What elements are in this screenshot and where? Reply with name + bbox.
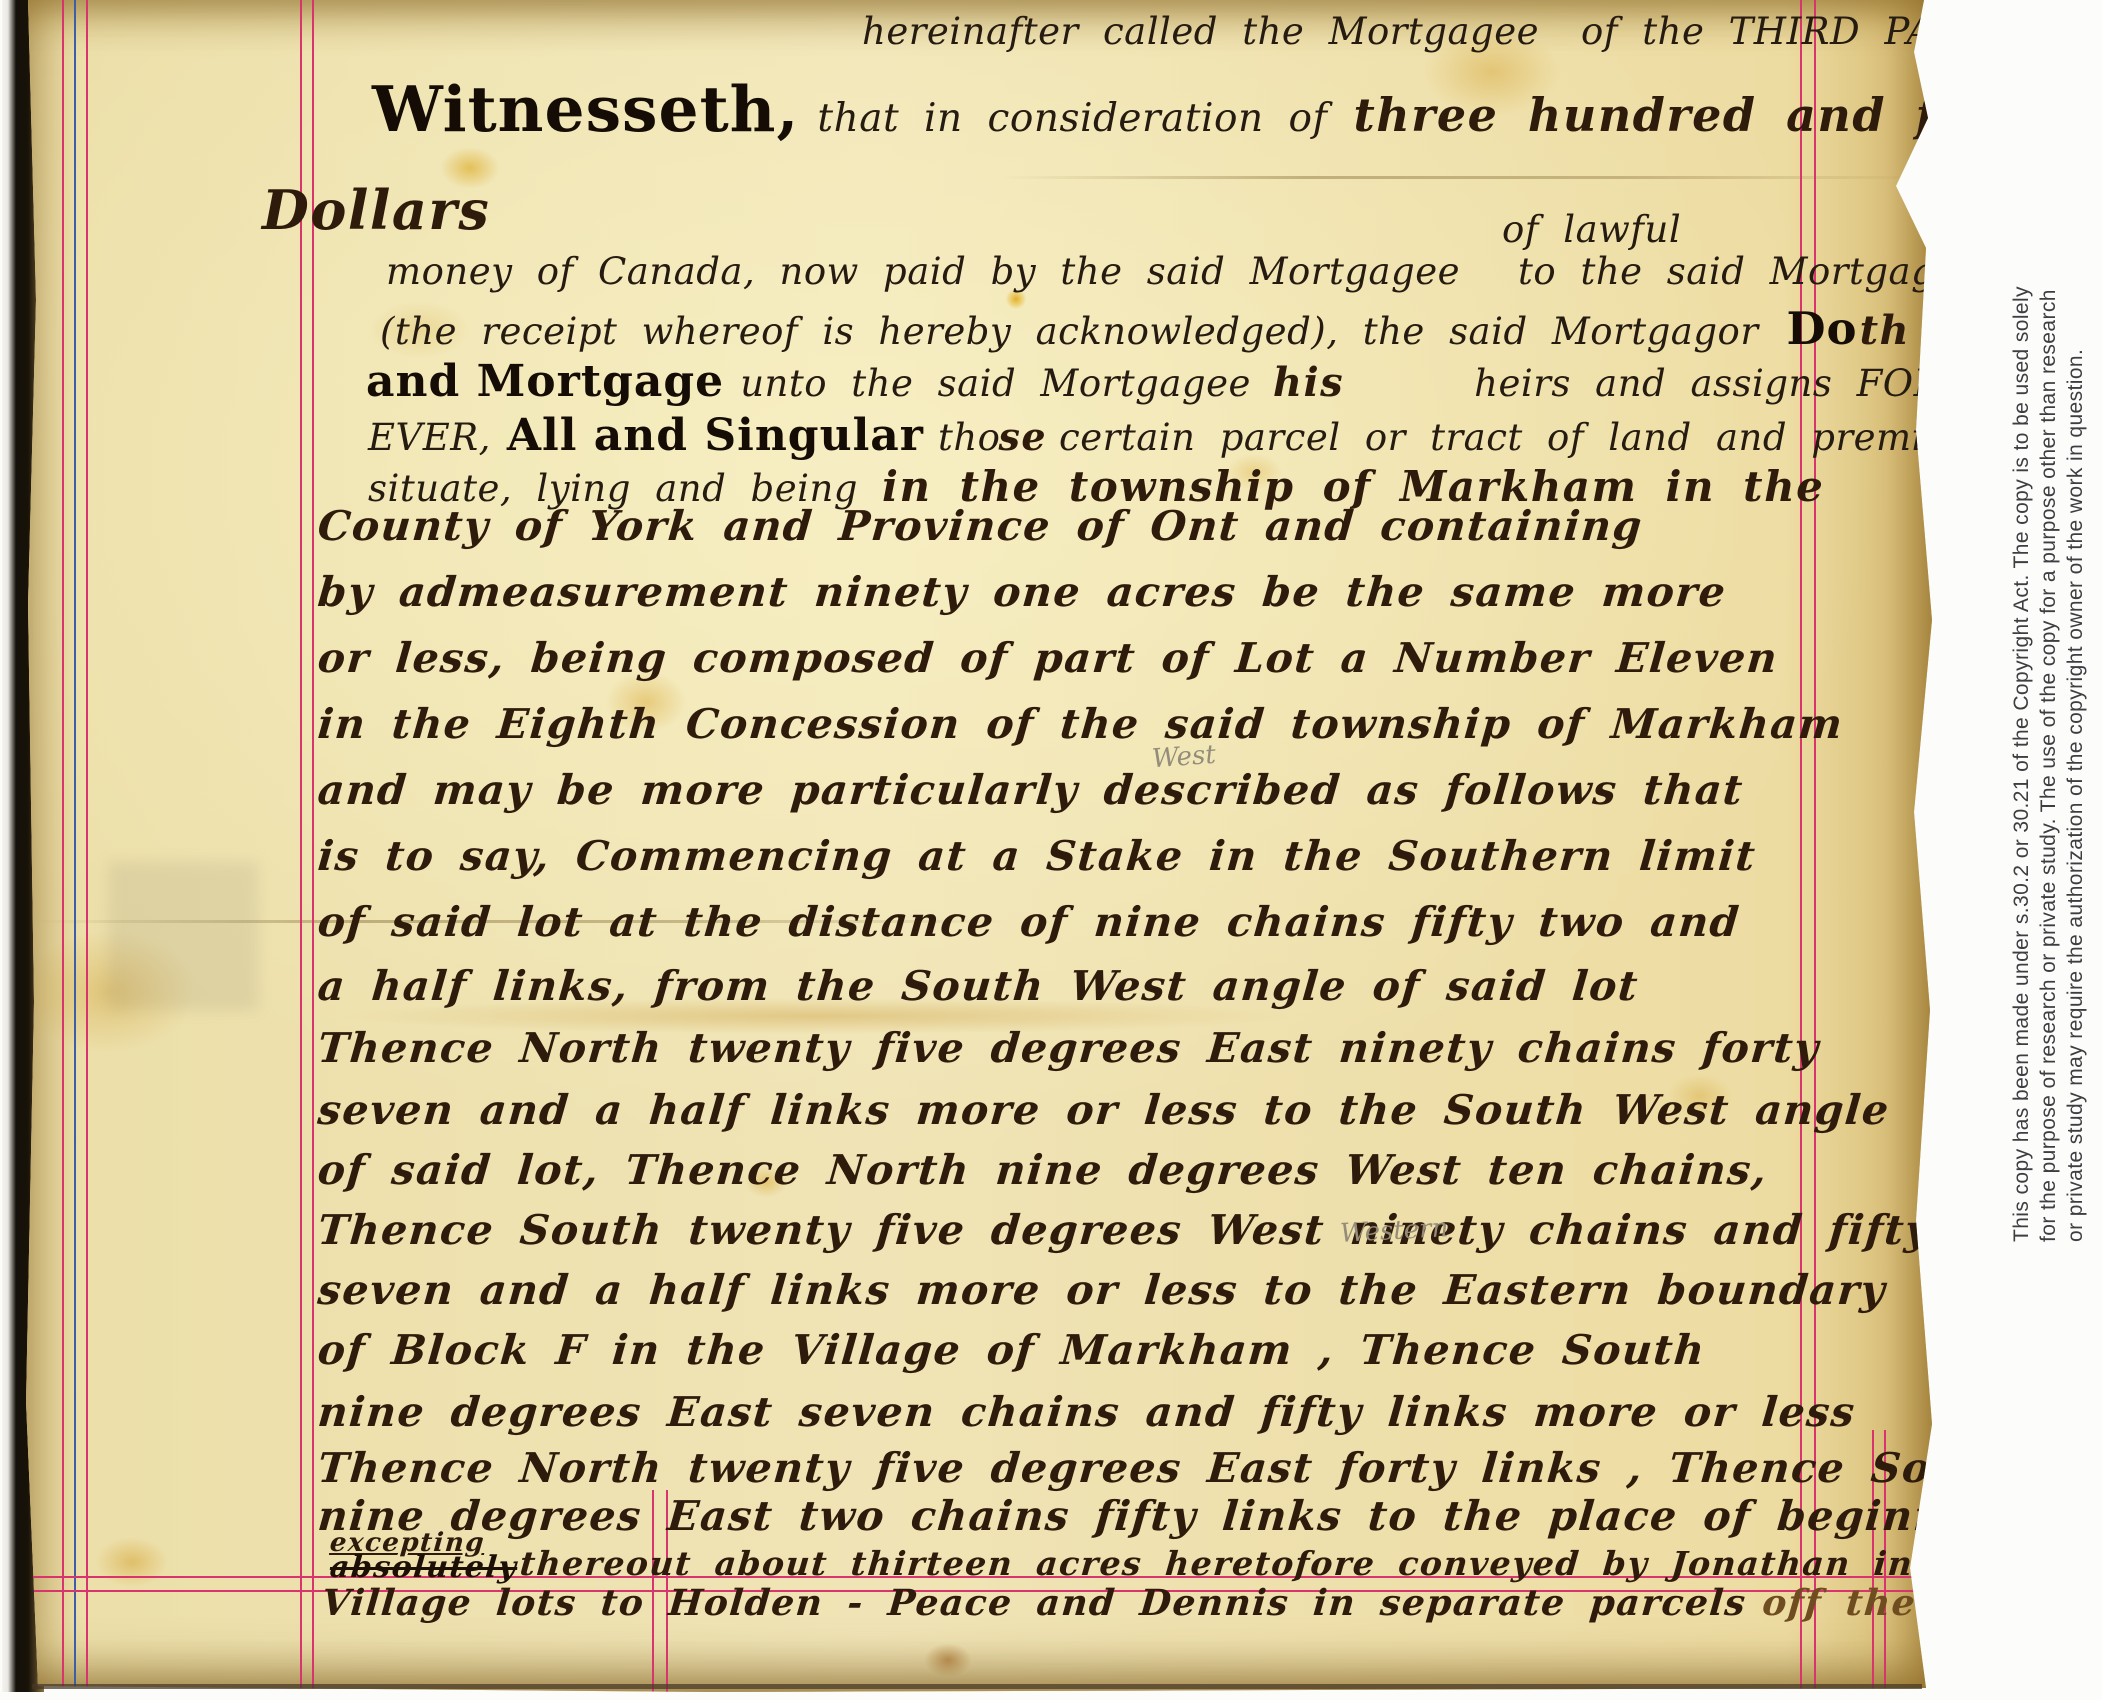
heirs-text: heirs and assigns FOR <box>1474 362 1942 405</box>
ink-offset-smudge <box>108 862 258 1010</box>
all-singular-word: All and Singular <box>507 410 924 461</box>
se-handwritten: se <box>998 414 1047 459</box>
handwritten-line: by admeasurement ninety one acres be the… <box>316 568 1729 616</box>
receipt-line: (the receipt whereof is hereby acknowled… <box>380 302 2072 355</box>
doth-handwritten: th <box>1860 307 1911 354</box>
margin-line-left-blue <box>74 0 76 1692</box>
header-text-right: of the THIRD PART: <box>1581 10 1998 53</box>
copyright-stamp-line-3: or private study may require the authori… <box>2062 37 2089 1242</box>
money-text-right: to the said Mortgagor <box>1518 250 1976 293</box>
exception-text: thereout about thirteen acres heretofore… <box>518 1544 1915 1583</box>
margin-line-main-2 <box>312 0 314 1692</box>
consideration-text: that in consideration of <box>817 96 1327 141</box>
dollars-line: Dollars <box>262 178 490 242</box>
fold-crease-upper <box>1000 176 1930 179</box>
handwritten-line: in the Eighth Concession of the said tow… <box>316 700 1846 748</box>
tho-text: tho <box>938 416 1000 459</box>
money-line: money of Canada, now paid by the said Mo… <box>386 250 1976 293</box>
pencil-annotation-western: Western <box>1339 1213 1449 1249</box>
margin-line-main-1 <box>300 0 302 1692</box>
handwritten-line: nine degrees East seven chains and fifty… <box>316 1388 1858 1436</box>
copyright-stamp: This copy has been made under s.30.2 or … <box>2008 37 2092 1242</box>
unto-text: unto the said Mortgagee <box>740 362 1251 405</box>
certain-text: certain parcel or tract of land and prem… <box>1059 416 1985 459</box>
handwritten-line: nine degrees East two chains fifty links… <box>316 1492 2026 1540</box>
handwritten-line: seven and a half links more or less to t… <box>316 1266 1888 1314</box>
handwritten-amount: three hundred and fifty <box>1353 88 2028 142</box>
his-handwritten: his <box>1273 359 1344 406</box>
handwritten-line: Thence North twenty five degrees East fo… <box>316 1444 2016 1492</box>
do-word: Do <box>1787 302 1858 355</box>
exception-struck-word: absolutely <box>328 1550 518 1585</box>
pencil-annotation-west: West <box>1151 740 1217 774</box>
paper-bottom-edge <box>32 1684 1922 1689</box>
and-mortgage-word: and Mortgage <box>366 356 724 407</box>
village-lots-dark: Village lots to Holden - Peace and Denni… <box>320 1582 1748 1624</box>
ever-line: EVER,All and Singularthosecertain parcel… <box>368 410 1985 461</box>
handwritten-line: of said lot, Thence North nine degrees W… <box>316 1146 1770 1194</box>
mortgage-line: and Mortgageunto the said Mortgageehishe… <box>366 356 1942 407</box>
witnesseth-heading: Witnesseth, <box>372 72 799 146</box>
handwritten-line: of said lot at the distance of nine chai… <box>316 898 1742 946</box>
printed-header-line: hereinafter called the Mortgageeof the T… <box>862 10 1998 53</box>
copyright-stamp-line-1: This copy has been made under s.30.2 or … <box>2008 37 2035 1242</box>
of-lawful-text: of lawful <box>1502 208 1681 251</box>
receipt-text: (the receipt whereof is hereby acknowled… <box>380 310 1759 353</box>
handwritten-dollars: Dollars <box>262 178 490 242</box>
document-paper: hereinafter called the Mortgageeof the T… <box>0 0 1940 1692</box>
handwritten-line: and may be more particularly described a… <box>316 766 1746 814</box>
header-text-left: hereinafter called the Mortgagee <box>862 10 1539 53</box>
handwritten-line: Thence South twenty five degrees West ni… <box>316 1206 1933 1254</box>
scan-background: hereinafter called the Mortgageeof the T… <box>0 0 2102 1700</box>
witnesseth-line: Witnesseth,that in consideration ofthree… <box>372 72 2028 146</box>
lawful-line: of lawful <box>1502 208 1681 251</box>
margin-line-left-pink-2 <box>86 0 88 1692</box>
ever-text: EVER, <box>368 416 491 459</box>
handwritten-line: or less, being composed of part of Lot a… <box>316 634 1780 682</box>
handwritten-line: of Block F in the Village of Markham , T… <box>316 1326 1708 1374</box>
handwritten-line: Thence North twenty five degrees East ni… <box>316 1024 1822 1072</box>
money-text-left: money of Canada, now paid by the said Mo… <box>386 250 1460 293</box>
handwritten-line: a half links, from the South West angle … <box>316 962 1641 1010</box>
handwritten-line: seven and a half links more or less to t… <box>316 1086 1892 1134</box>
handwritten-line: is to say, Commencing at a Stake in the … <box>316 832 1758 880</box>
copyright-stamp-line-2: for the purpose of research or private s… <box>2035 37 2062 1242</box>
village-lots-line: Village lots to Holden - Peace and Denni… <box>320 1582 2102 1624</box>
village-lots-brown: off the West side of said lot 67 <box>1761 1582 2102 1624</box>
handwritten-line: County of York and Province of Ont and c… <box>316 502 1645 550</box>
margin-line-left-pink-1 <box>62 0 64 1692</box>
